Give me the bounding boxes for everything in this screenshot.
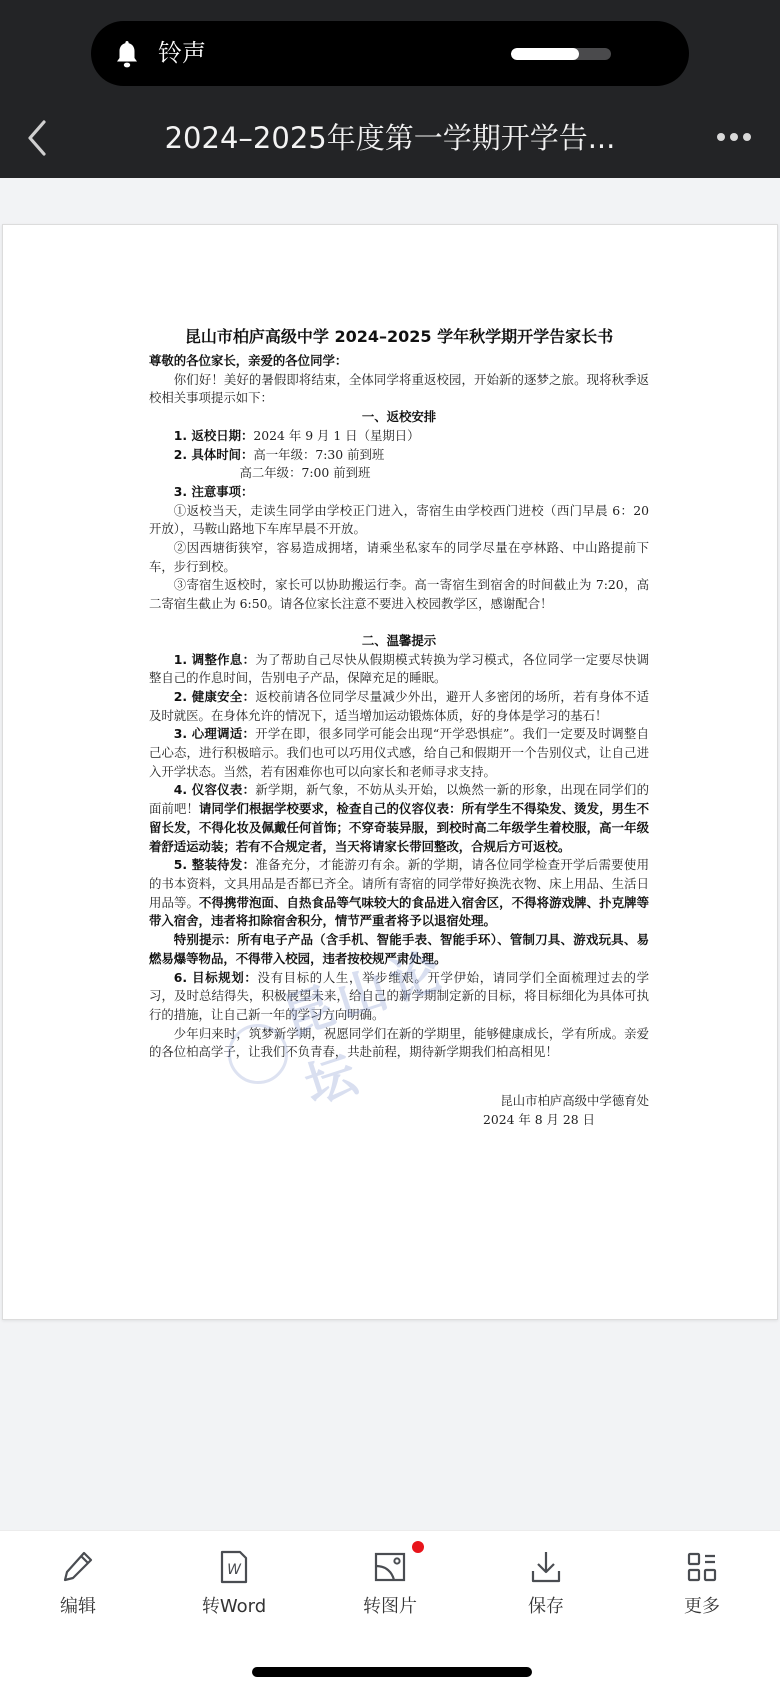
nav-bar: 2024–2025年度第一学期开学告... bbox=[0, 100, 780, 176]
return-time-grade2: 高二年级：7:00 前到班 bbox=[149, 464, 649, 483]
spacer bbox=[149, 614, 649, 632]
signature-org: 昆山市柏庐高级中学德育处 bbox=[149, 1092, 649, 1111]
tip-item: 3. 心理调适：开学在即，很多同学可能会出现“开学恐惧症”。我们一定要及时调整自… bbox=[149, 725, 649, 781]
section-heading-2: 二、温馨提示 bbox=[149, 632, 649, 651]
tip-label: 2. 健康安全： bbox=[174, 689, 256, 704]
image-icon bbox=[372, 1549, 408, 1585]
return-date-label: 1. 返校日期： bbox=[174, 428, 254, 443]
signature-date: 2024 年 8 月 28 日 bbox=[149, 1111, 649, 1130]
tip-label: 3. 心理调适： bbox=[174, 726, 255, 741]
convert-image-button[interactable]: 转图片 bbox=[330, 1549, 450, 1629]
tip-label: 4. 仪容仪表： bbox=[174, 782, 256, 797]
tip-label: 1. 调整作息： bbox=[174, 652, 256, 667]
document-body: 昆山市柏庐高级中学 2024–2025 学年秋学期开学告家长书 尊敬的各位家长，… bbox=[149, 325, 649, 1129]
tip-label: 特别提示： bbox=[174, 932, 237, 947]
home-indicator[interactable] bbox=[252, 1667, 532, 1677]
tip-bold-text: 不得携带泡面、自热食品等气味较大的食品进入宿舍区，不得将游戏牌、扑克牌等带入宿舍… bbox=[149, 895, 649, 929]
back-button[interactable] bbox=[22, 118, 52, 158]
return-time-grade1: 高一年级：7:30 前到班 bbox=[253, 447, 384, 462]
word-doc-icon: W bbox=[216, 1549, 252, 1585]
svg-text:W: W bbox=[227, 1562, 242, 1578]
tip-item: 6. 目标规划：没有目标的人生，举步维艰。开学伊始，请同学们全面梳理过去的学习，… bbox=[149, 969, 649, 1025]
save-label: 保存 bbox=[486, 1595, 606, 1619]
return-time: 2. 具体时间：高一年级：7:30 前到班 bbox=[149, 446, 649, 465]
volume-slider[interactable] bbox=[511, 48, 611, 60]
convert-word-button[interactable]: W 转Word bbox=[174, 1549, 294, 1629]
signature-block: 昆山市柏庐高级中学德育处 2024 年 8 月 28 日 bbox=[149, 1092, 649, 1129]
convert-word-label: 转Word bbox=[174, 1595, 294, 1619]
app-header: 铃声 2024–2025年度第一学期开学告... bbox=[0, 0, 780, 178]
ellipsis-icon bbox=[717, 133, 725, 141]
notes-label: 3. 注意事项： bbox=[149, 483, 649, 502]
closing-paragraph: 少年归来时，筑梦新学期，祝愿同学们在新的学期里，能够健康成长，学有所成。亲爱的各… bbox=[149, 1025, 649, 1062]
return-date: 1. 返校日期：2024 年 9 月 1 日（星期日） bbox=[149, 427, 649, 446]
more-label: 更多 bbox=[642, 1595, 762, 1619]
tip-item: 2. 健康安全：返校前请各位同学尽量减少外出，避开人多密闭的场所，若有身体不适及… bbox=[149, 688, 649, 725]
ellipsis-dot bbox=[743, 133, 751, 141]
bell-icon bbox=[115, 39, 139, 69]
document-page: 昆山市柏庐高级中学 2024–2025 学年秋学期开学告家长书 尊敬的各位家长，… bbox=[2, 224, 778, 1320]
salutation: 尊敬的各位家长，亲爱的各位同学： bbox=[149, 352, 649, 371]
edit-button[interactable]: 编辑 bbox=[18, 1549, 138, 1629]
volume-fill bbox=[511, 48, 579, 60]
download-icon bbox=[528, 1549, 564, 1585]
more-button[interactable]: 更多 bbox=[642, 1549, 762, 1629]
tip-label: 6. 目标规划： bbox=[174, 970, 258, 985]
note-2: ②因西塘街狭窄，容易造成拥堵，请乘坐私家车的同学尽量在亭林路、中山路提前下车，步… bbox=[149, 539, 649, 576]
ringer-indicator: 铃声 bbox=[91, 21, 689, 86]
tip-label: 5. 整装待发： bbox=[174, 857, 256, 872]
tip-item: 特别提示：所有电子产品（含手机、智能手表、智能手环）、管制刀具、游戏玩具、易燃易… bbox=[149, 931, 649, 968]
return-date-value: 2024 年 9 月 1 日（星期日） bbox=[253, 428, 419, 443]
tip-item: 4. 仪容仪表：新学期，新气象，不妨从头开始，以焕然一新的形象，出现在同学们的面… bbox=[149, 781, 649, 856]
tip-bold-text: 请同学们根据学校要求，检查自己的仪容仪表：所有学生不得染发、烫发，男生不留长发，… bbox=[149, 801, 649, 853]
note-3: ③寄宿生返校时，家长可以协助搬运行李。高一寄宿生到宿舍的时间截止为 7:20，高… bbox=[149, 576, 649, 613]
edit-label: 编辑 bbox=[18, 1595, 138, 1619]
document-title: 2024–2025年度第一学期开学告... bbox=[100, 118, 680, 158]
document-viewer[interactable]: 昆山市柏庐高级中学 2024–2025 学年秋学期开学告家长书 尊敬的各位家长，… bbox=[0, 178, 780, 1530]
note-1: ①返校当天，走读生同学由学校正门进入，寄宿生由学校西门进校（西门早晨 6：20 … bbox=[149, 502, 649, 539]
intro-paragraph: 你们好！美好的暑假即将结束，全体同学将重返校园，开始新的逐梦之旅。现将秋季返校相… bbox=[149, 371, 649, 408]
grid-more-icon bbox=[684, 1549, 720, 1585]
tip-item: 5. 整装待发：准备充分，才能游刃有余。新的学期，请各位同学检查开学后需要使用的… bbox=[149, 856, 649, 931]
section-heading-1: 一、返校安排 bbox=[149, 408, 649, 427]
pencil-icon bbox=[60, 1549, 96, 1585]
letter-title: 昆山市柏庐高级中学 2024–2025 学年秋学期开学告家长书 bbox=[149, 325, 649, 349]
ellipsis-dot bbox=[730, 133, 738, 141]
tip-item: 1. 调整作息：为了帮助自己尽快从假期模式转换为学习模式，各位同学一定要尽快调整… bbox=[149, 651, 649, 688]
more-options-button[interactable] bbox=[714, 122, 754, 152]
save-button[interactable]: 保存 bbox=[486, 1549, 606, 1629]
return-time-label: 2. 具体时间： bbox=[174, 447, 254, 462]
bottom-toolbar: 编辑 W 转Word 转图片 保存 更多 bbox=[0, 1530, 780, 1691]
notification-badge bbox=[412, 1541, 424, 1553]
convert-image-label: 转图片 bbox=[330, 1595, 450, 1619]
ringer-label: 铃声 bbox=[158, 37, 206, 69]
